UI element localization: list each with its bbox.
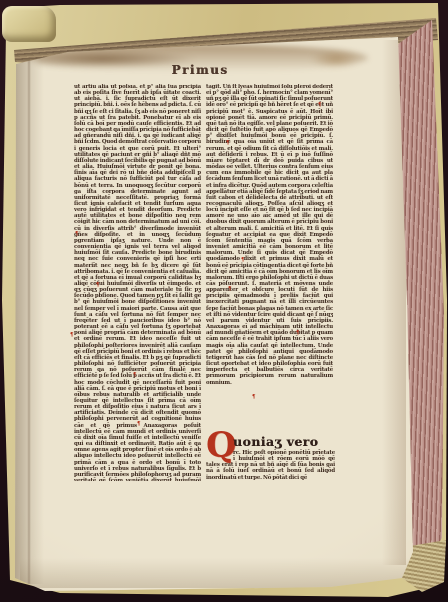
red-pilcrow-mark: ¶: [318, 102, 322, 108]
red-pilcrow-mark: ¶: [241, 257, 245, 263]
incipit-block: Quoniaʒ vero rc. Hic poſt opīonē ponētiū…: [206, 431, 335, 482]
red-pilcrow-mark: ¶: [296, 330, 300, 336]
rubricated-initial-q: Q: [206, 431, 231, 460]
light-stain: [310, 50, 362, 68]
incipit-heading: uoniaʒ vero: [233, 434, 318, 449]
red-pilcrow-mark: ¶: [137, 421, 141, 427]
red-pilcrow-mark: ¶: [70, 332, 74, 338]
red-pilcrow-mark: ¶: [228, 286, 232, 292]
red-pilcrow-mark: ¶: [133, 372, 137, 378]
gutter-crease-line: [28, 56, 30, 584]
red-pilcrow-mark: ¶: [75, 231, 79, 237]
book-leaf: Primus 7 ut artiū alia ut poſsīa. et p° …: [0, 0, 448, 602]
cover-corner-bump: [2, 6, 56, 42]
bottom-edge-shadow: [20, 558, 410, 588]
running-title: Primus: [130, 63, 270, 77]
photograph-of-open-book: { "page": { "running_title": "Primus", "…: [0, 0, 448, 602]
red-pilcrow-mark: ¶: [226, 140, 230, 146]
text-column-right: tāgit. Uñ ſt lyeas huiuſmōi ſolū pſerōi …: [206, 84, 333, 432]
red-pilcrow-mark: ¶: [252, 394, 256, 400]
red-pilcrow-mark: ¶: [96, 282, 100, 288]
